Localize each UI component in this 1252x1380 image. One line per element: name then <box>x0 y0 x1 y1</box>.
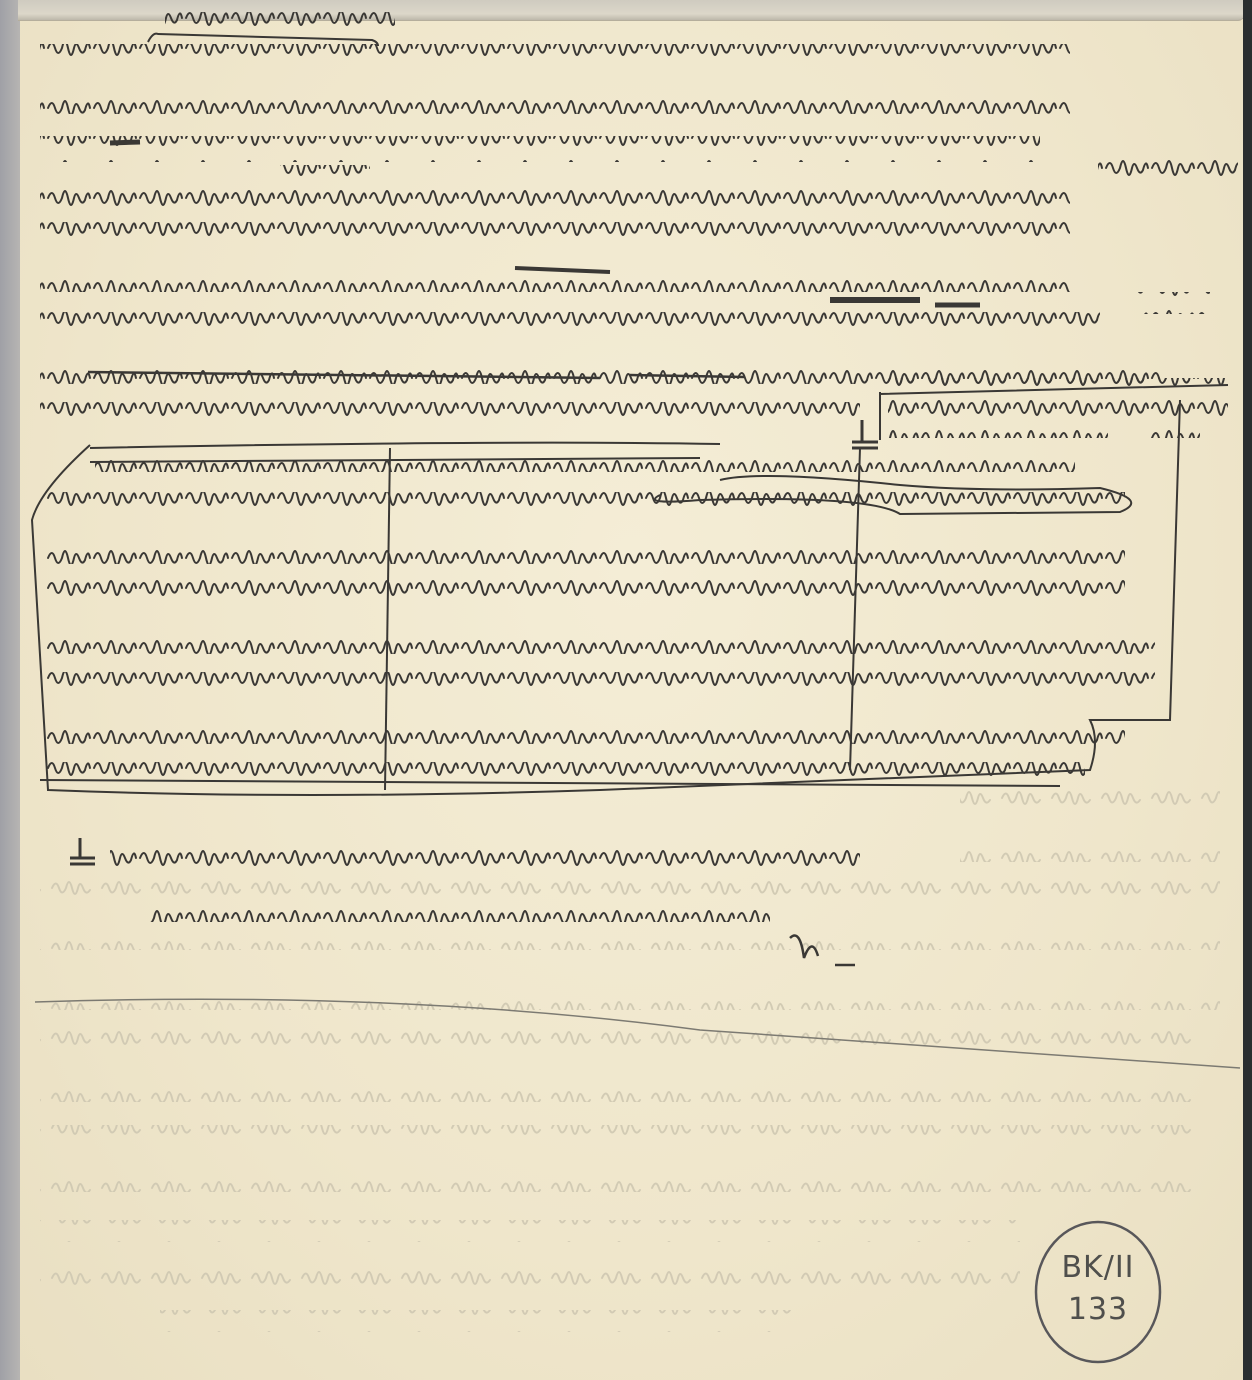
main-text-lines <box>40 12 1160 428</box>
handwriting-layer <box>0 0 1252 1380</box>
archive-stamp: BK/II 133 <box>1032 1222 1164 1362</box>
stamp-collection-label: BK/II <box>1032 1250 1164 1285</box>
boxed-passage-text <box>40 446 1155 788</box>
stamp-folio-number: 133 <box>1032 1292 1164 1327</box>
